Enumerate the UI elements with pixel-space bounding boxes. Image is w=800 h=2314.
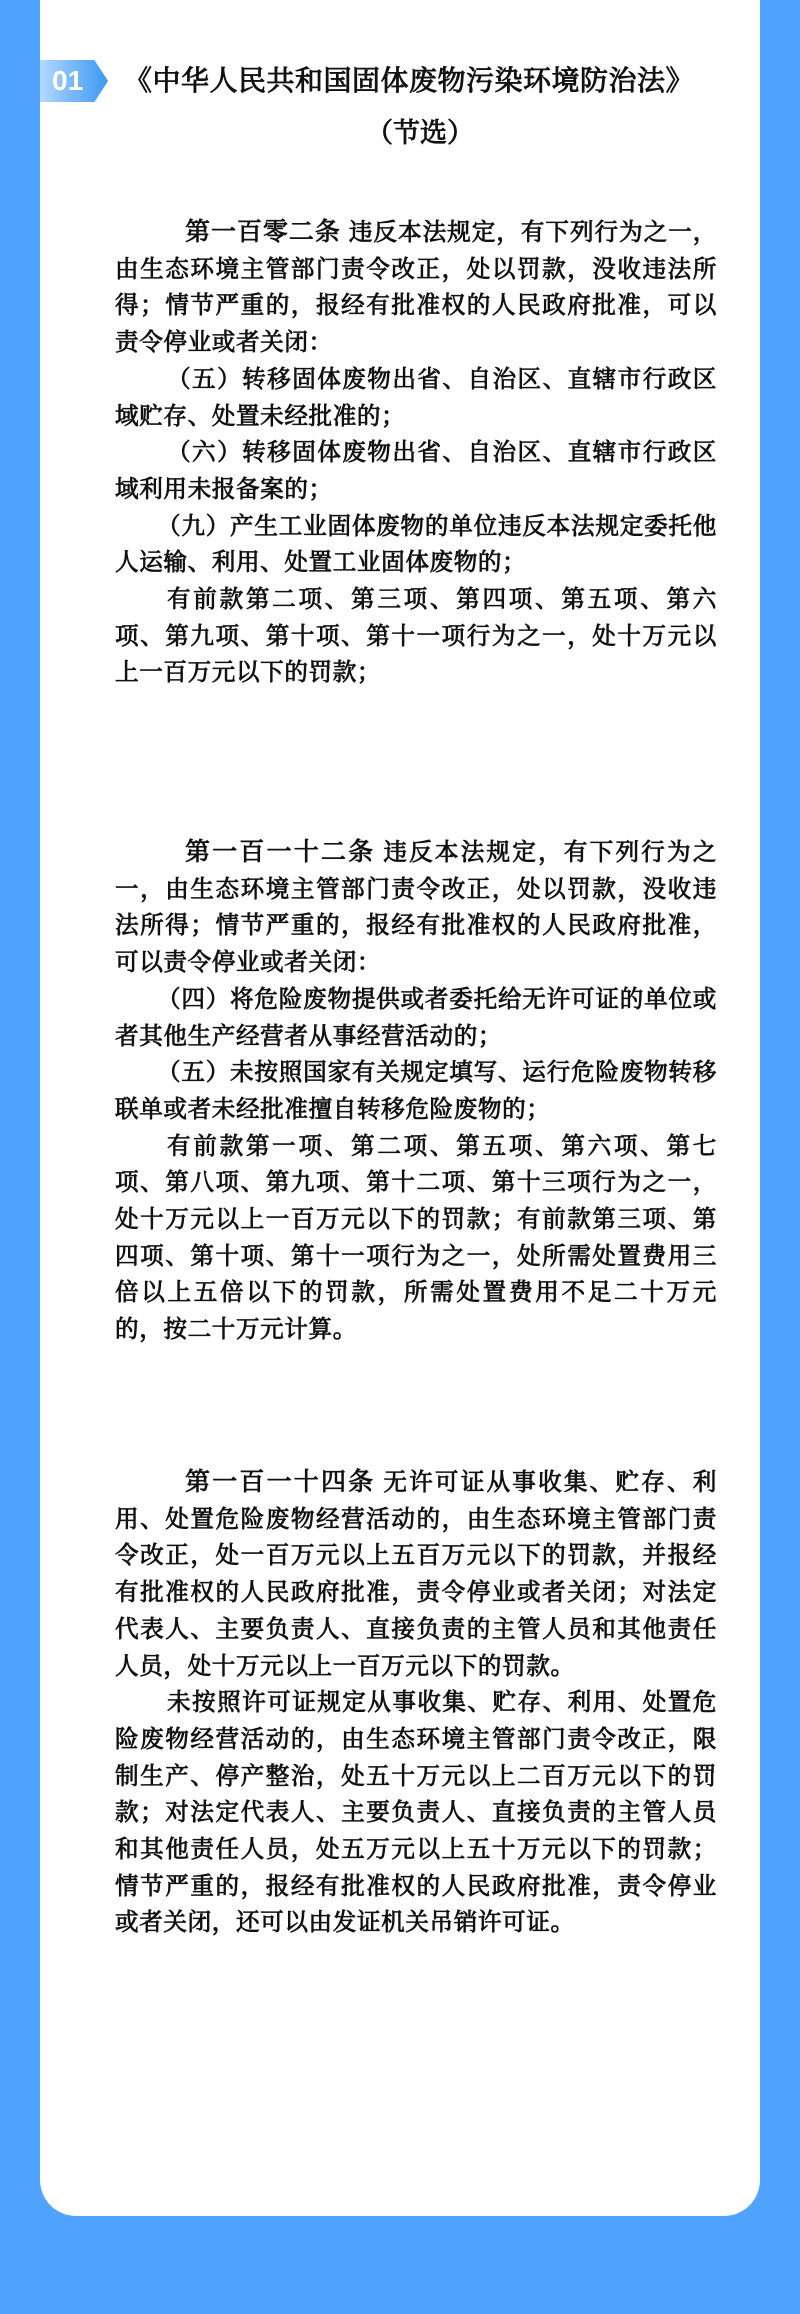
article-paragraph: 有前款第一项、第二项、第五项、第六项、第七项、第八项、第九项、第十二项、第十三项… [115, 1128, 717, 1348]
article-item: （九）产生工业固体废物的单位违反本法规定委托他人运输、利用、处置工业固体废物的； [115, 508, 717, 581]
article-paragraph: 未按照许可证规定从事收集、贮存、利用、处置危险废物经营活动的，由生态环境主管部门… [115, 1684, 717, 1941]
law-title: 《中华人民共和国固体废物污染环境防治法》 [124, 60, 724, 102]
article-paragraph: 第一百零二条违反本法规定，有下列行为之一，由生态环境主管部门责令改正，处以罚款，… [115, 214, 717, 361]
article-paragraph: 第一百一十二条违反本法规定，有下列行为之一，由生态环境主管部门责令改正，处以罚款… [115, 834, 717, 981]
article-text: 无许可证从事收集、贮存、利用、处置危险废物经营活动的，由生态环境主管部门责令改正… [115, 1468, 717, 1680]
article-number: 第一百一十四条 [185, 1467, 375, 1496]
article-112: 第一百一十二条违反本法规定，有下列行为之一，由生态环境主管部门责令改正，处以罚款… [115, 834, 717, 1348]
article-item: （五）转移固体废物出省、自治区、直辖市行政区域贮存、处置未经批准的； [115, 361, 717, 434]
section-number: 01 [52, 64, 83, 98]
article-114: 第一百一十四条无许可证从事收集、贮存、利用、处置危险废物经营活动的，由生态环境主… [115, 1464, 717, 1941]
article-102: 第一百零二条违反本法规定，有下列行为之一，由生态环境主管部门责令改正，处以罚款，… [115, 214, 717, 691]
section-number-badge: 01 [40, 60, 108, 102]
article-item: （六）转移固体废物出省、自治区、直辖市行政区域利用未报备案的； [115, 434, 717, 507]
article-number: 第一百零二条 [185, 217, 341, 246]
article-item: （五）未按照国家有关规定填写、运行危险废物转移联单或者未经批准擅自转移危险废物的… [115, 1054, 717, 1127]
article-paragraph: 有前款第二项、第三项、第四项、第五项、第六项、第九项、第十项、第十一项行为之一，… [115, 581, 717, 691]
article-paragraph: 第一百一十四条无许可证从事收集、贮存、利用、处置危险废物经营活动的，由生态环境主… [115, 1464, 717, 1684]
article-number: 第一百一十二条 [185, 837, 375, 866]
article-item: （四）将危险废物提供或者委托给无许可证的单位或者其他生产经营者从事经营活动的； [115, 981, 717, 1054]
law-subtitle: （节选） [0, 114, 800, 154]
